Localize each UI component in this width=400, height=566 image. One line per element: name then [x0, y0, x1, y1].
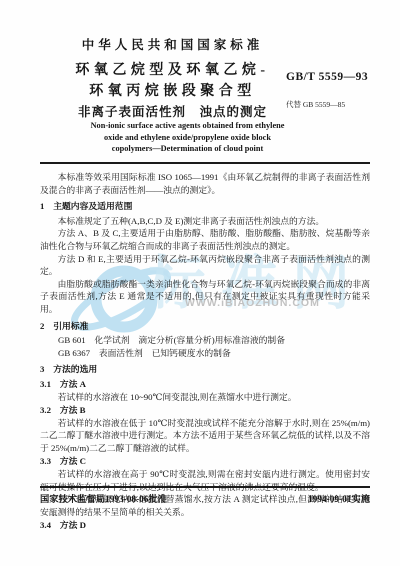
section-1-paragraph-3: 方法 D 和 E,主要适用于环氧乙烷-环氧丙烷嵌段聚合非离子表面活性剂浊点的测定… [40, 253, 370, 278]
english-title-line-3: copolymers—Determination of cloud point [30, 143, 345, 155]
section-1-paragraph-4: 由脂肪酸或脂肪酸酯一类亲油性化合物与环氧乙烷-环氧丙烷嵌段聚合而成的非离子表面活… [40, 278, 370, 316]
section-3-3-paragraph-1: 若试样的水溶液在高于 90℃时变混浊,则需在密封安瓿内进行测定。使用密封安瓿可使… [40, 468, 370, 493]
reference-gb-6367: GB 6367 表面活性剂 已知钙硬度水的制备 [40, 347, 370, 360]
section-3-heading: 3 方法的选用 [40, 363, 370, 376]
title-line-2: 环氧丙烷嵌段聚合型 [30, 81, 315, 102]
standard-number: GB/T 5559—93 [286, 71, 368, 83]
national-standard-header: 中华人民共和国国家标准 [30, 35, 315, 53]
title-line-3: 非离子表面活性剂 浊点的测定 [30, 102, 315, 122]
approval-note: 国家技术监督局1993-08-06批准 [40, 491, 167, 505]
document-title: 环氧乙烷型及环氧乙烷- 环氧丙烷嵌段聚合型 非离子表面活性剂 浊点的测定 [30, 60, 315, 122]
section-3-3-heading: 3.3 方法 C [40, 455, 370, 468]
section-3-1-heading: 3.1 方法 A [40, 378, 370, 391]
reference-gb-601: GB 601 化学试剂 滴定分析(容量分析)用标准溶液的制备 [40, 334, 370, 347]
section-1-heading: 1 主题内容及适用范围 [40, 200, 370, 213]
document-body: 本标准等效采用国际标准 ISO 1065—1991《由环氧乙烷制得的非离子表面活… [40, 171, 370, 483]
section-1-paragraph-1: 本标准规定了五种(A,B,C,D 及 E)测定非离子表面活性剂浊点的方法。 [40, 215, 370, 228]
title-line-1: 环氧乙烷型及环氧乙烷- [30, 60, 315, 81]
section-3-2-paragraph: 若试样的水溶液在低于 10℃时变混浊或试样不能充分溶解于水时,则在 25%(m/… [40, 417, 370, 455]
section-3-1-paragraph: 若试样的水溶液在 10~90℃间变混浊,则在蒸馏水中进行测定。 [40, 391, 370, 404]
english-title-line-2: oxide and ethylene oxide/propylene oxide… [30, 132, 345, 144]
intro-paragraph: 本标准等效采用国际标准 ISO 1065—1991《由环氧乙烷制得的非离子表面活… [40, 171, 370, 196]
section-1-paragraph-2: 方法 A、B 及 C,主要适用于由脂肪醇、脂肪酸、脂肪酸酯、脂肪胺、烷基酚等亲油… [40, 227, 370, 252]
standard-document-page: 标准网 WWW.iBIAOZHUN.COM 中华人民共和国国家标准 环氧乙烷型及… [0, 0, 400, 566]
section-2-heading: 2 引用标准 [40, 320, 370, 333]
replaces-note: 代替 GB 5559—85 [286, 99, 345, 110]
implementation-date: 1994-09-01实施 [308, 491, 370, 505]
footer: 国家技术监督局1993-08-06批准 1994-09-01实施 [40, 491, 370, 505]
header-divider [40, 162, 370, 164]
section-3-4-heading: 3.4 方法 D [40, 519, 370, 532]
english-title: Non-ionic surface active agents obtained… [30, 120, 345, 155]
section-3-2-heading: 3.2 方法 B [40, 404, 370, 417]
english-title-line-1: Non-ionic surface active agents obtained… [30, 120, 345, 132]
